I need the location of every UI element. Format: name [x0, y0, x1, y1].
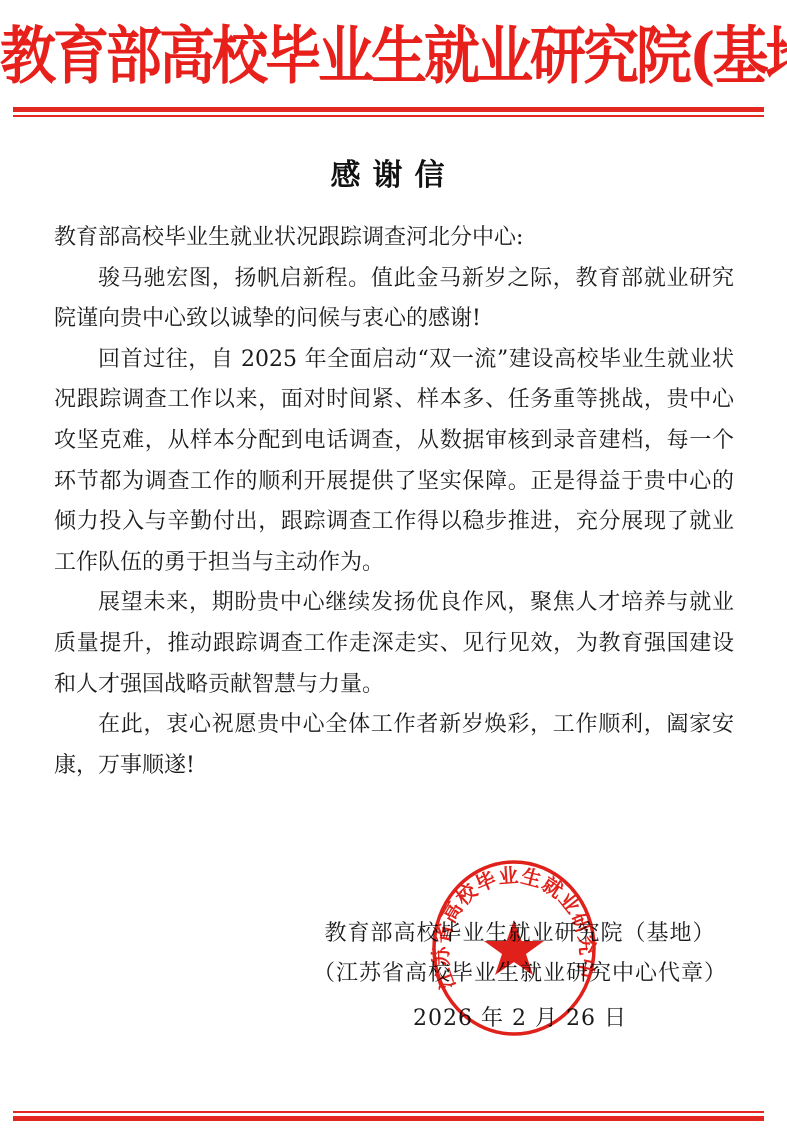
letterhead-divider-thin: [13, 115, 764, 117]
letterhead-divider-thick: [13, 107, 764, 112]
letter-body: 教育部高校毕业生就业状况跟踪调查河北分中心: 骏马驰宏图，扬帆启新程。值此金马新…: [54, 218, 734, 786]
footer-divider-thin: [13, 1111, 764, 1113]
letterhead-title: 教育部高校毕业生就业研究院(基地): [0, 18, 787, 94]
paragraph-review: 回首过往，自 2025 年全面启动“双一流”建设高校毕业生就业状况跟踪调查工作以…: [54, 340, 734, 584]
signature-organization: 教育部高校毕业生就业研究院（基地）: [290, 916, 750, 947]
document-title: 感谢信: [0, 150, 787, 194]
footer-divider-thick: [13, 1116, 764, 1121]
signature-date: 2026 年 2 月 26 日: [290, 1001, 750, 1032]
paragraph-outlook: 展望未来，期盼贵中心继续发扬优良作风，聚焦人才培养与就业质量提升，推动跟踪调查工…: [54, 583, 734, 705]
paragraph-wishes: 在此，衷心祝愿贵中心全体工作者新岁焕彩，工作顺利，阖家安康，万事顺遂!: [54, 705, 734, 786]
signature-proxy-note: （江苏省高校毕业生就业研究中心代章）: [290, 956, 750, 987]
paragraph-greeting: 骏马驰宏图，扬帆启新程。值此金马新岁之际，教育部就业研究院谨向贵中心致以诚挚的问…: [54, 259, 734, 340]
salutation: 教育部高校毕业生就业状况跟踪调查河北分中心:: [54, 218, 734, 259]
